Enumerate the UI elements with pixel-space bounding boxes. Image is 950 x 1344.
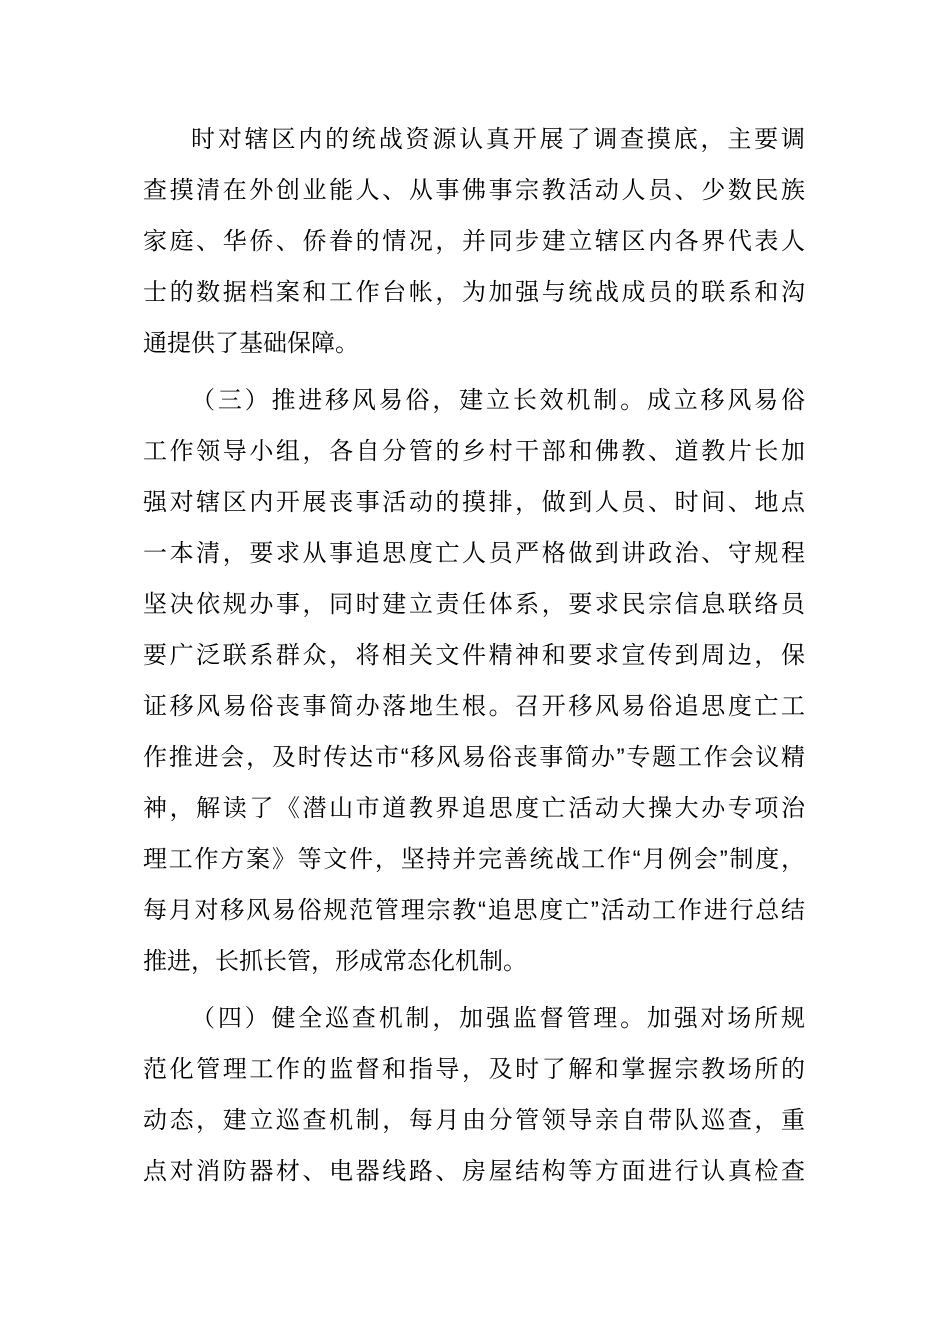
text-line: 动态，建立巡查机制，每月由分管领导亲自带队巡查，重: [143, 1095, 805, 1146]
paragraph-continuation: 时对辖区内的统战资源认真开展了调查摸底，主要调 查摸清在外创业能人、从事佛事宗教…: [143, 114, 805, 369]
text-line: 作推进会，及时传达市“移风易俗丧事简办”专题工作会议精: [143, 732, 805, 783]
document-page: 时对辖区内的统战资源认真开展了调查摸底，主要调 查摸清在外创业能人、从事佛事宗教…: [0, 0, 950, 1344]
text-line: 工作领导小组，各自分管的乡村干部和佛教、道教片长加: [143, 426, 805, 477]
text-line: 家庭、华侨、侨眷的情况，并同步建立辖区内各界代表人: [143, 216, 805, 267]
text-line: 一本清，要求从事追思度亡人员严格做到讲政治、守规程: [143, 528, 805, 579]
text-line: 每月对移风易俗规范管理宗教“追思度亡”活动工作进行总结: [143, 885, 805, 936]
paragraph-section-four: （四）健全巡查机制，加强监督管理。加强对场所规 范化管理工作的监督和指导，及时了…: [143, 993, 805, 1197]
text-line: 范化管理工作的监督和指导，及时了解和掌握宗教场所的: [143, 1044, 805, 1095]
text-line: 神，解读了《潜山市道教界追思度亡活动大操大办专项治: [143, 783, 805, 834]
text-line: 推进，长抓长管，形成常态化机制。: [143, 936, 805, 987]
text-line: 理工作方案》等文件，坚持并完善统战工作“月例会”制度，: [143, 834, 805, 885]
text-line: 证移风易俗丧事简办落地生根。召开移风易俗追思度亡工: [143, 681, 805, 732]
text-line: （三）推进移风易俗，建立长效机制。成立移风易俗: [143, 375, 805, 426]
paragraph-section-three: （三）推进移风易俗，建立长效机制。成立移风易俗 工作领导小组，各自分管的乡村干部…: [143, 375, 805, 987]
text-line: 士的数据档案和工作台帐，为加强与统战成员的联系和沟: [143, 267, 805, 318]
text-line: 强对辖区内开展丧事活动的摸排，做到人员、时间、地点: [143, 477, 805, 528]
text-line: （四）健全巡查机制，加强监督管理。加强对场所规: [143, 993, 805, 1044]
text-line: 查摸清在外创业能人、从事佛事宗教活动人员、少数民族: [143, 165, 805, 216]
text-line: 要广泛联系群众，将相关文件精神和要求宣传到周边，保: [143, 630, 805, 681]
text-line: 点对消防器材、电器线路、房屋结构等方面进行认真检查: [143, 1146, 805, 1197]
text-line: 坚决依规办事，同时建立责任体系，要求民宗信息联络员: [143, 579, 805, 630]
text-line: 时对辖区内的统战资源认真开展了调查摸底，主要调: [143, 114, 805, 165]
text-line: 通提供了基础保障。: [143, 318, 805, 369]
